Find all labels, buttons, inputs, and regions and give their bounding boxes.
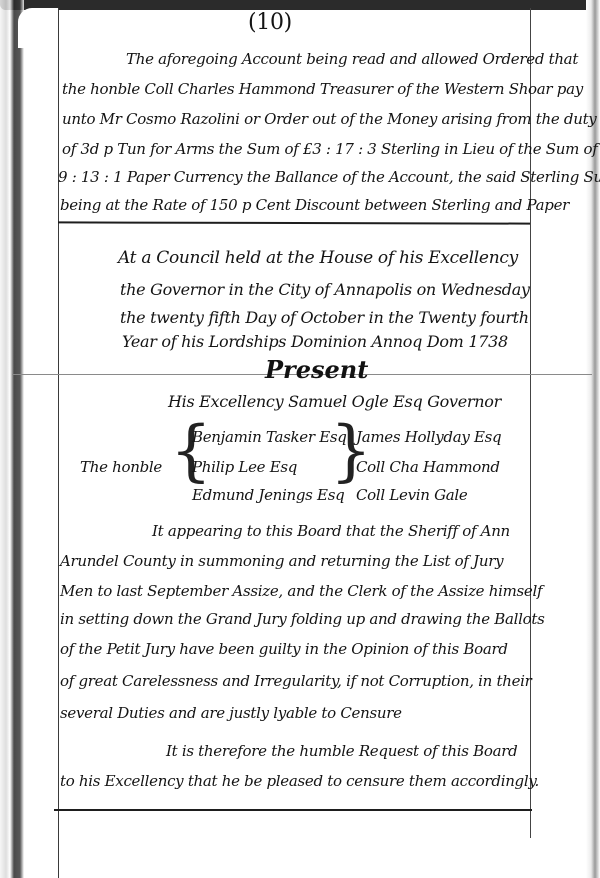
scan-border-top — [0, 0, 600, 10]
resolution-line-4: in setting down the Grand Jury folding u… — [60, 610, 544, 628]
section-divider-end — [54, 809, 532, 811]
present-heading: Present — [265, 355, 368, 384]
member-right-3: Coll Levin Gale — [356, 486, 468, 504]
council-heading-line-2: the Governor in the City of Annapolis on… — [120, 280, 530, 299]
account-line-6: being at the Rate of 150 p Cent Discount… — [60, 196, 569, 214]
resolution-line-1: It appearing to this Board that the Sher… — [152, 522, 510, 540]
member-right-1: James Hollyday Esq — [356, 428, 501, 446]
council-heading-line-1: At a Council held at the House of his Ex… — [118, 248, 518, 268]
request-line-1: It is therefore the humble Request of th… — [166, 742, 517, 760]
right-margin-rule — [530, 8, 531, 838]
resolution-line-2: Arundel County in summoning and returnin… — [60, 552, 503, 570]
resolution-line-6: of great Carelessness and Irregularity, … — [60, 672, 532, 690]
account-line-2: the honble Coll Charles Hammond Treasure… — [62, 80, 583, 98]
resolution-line-7: several Duties and are justly lyable to … — [60, 704, 402, 722]
member-left-2: Philip Lee Esq — [192, 458, 297, 476]
left-margin-rule — [58, 8, 59, 878]
section-divider-1 — [58, 221, 530, 224]
resolution-line-3: Men to last September Assize, and the Cl… — [60, 582, 542, 600]
council-heading-line-3: the twenty fifth Day of October in the T… — [120, 308, 529, 327]
account-line-5: 9 : 13 : 1 Paper Currency the Ballance o… — [58, 168, 600, 186]
member-left-3: Edmund Jenings Esq — [192, 486, 344, 504]
scan-border-left — [0, 0, 24, 878]
member-right-2: Coll Cha Hammond — [356, 458, 500, 476]
request-line-2: to his Excellency that he be pleased to … — [60, 772, 539, 790]
scan-border-right — [586, 0, 600, 878]
members-prefix: The honble — [80, 458, 162, 476]
member-left-1: Benjamin Tasker Esq — [192, 428, 347, 446]
resolution-line-5: of the Petit Jury have been guilty in th… — [60, 640, 508, 658]
governor-line: His Excellency Samuel Ogle Esq Governor — [168, 392, 501, 411]
page-number: (10) — [248, 10, 292, 35]
page-corner — [18, 8, 58, 48]
council-heading-line-4: Year of his Lordships Dominion Annoq Dom… — [122, 332, 508, 351]
account-line-3: unto Mr Cosmo Razolini or Order out of t… — [62, 110, 596, 128]
account-line-4: of 3d p Tun for Arms the Sum of £3 : 17 … — [62, 140, 597, 158]
account-line-1: The aforegoing Account being read and al… — [126, 50, 578, 68]
